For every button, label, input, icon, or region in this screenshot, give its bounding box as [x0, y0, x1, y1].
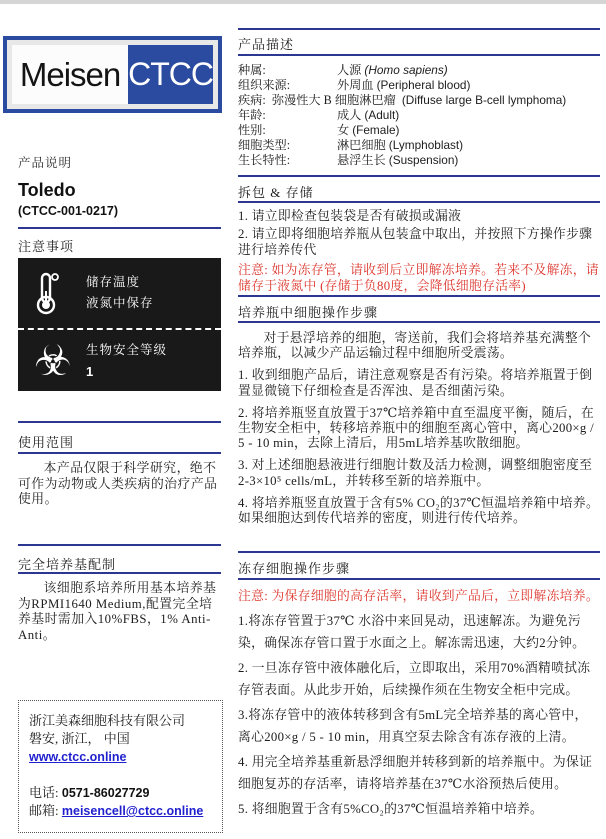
section-divider — [18, 421, 221, 423]
product-catalog-number: (CTCC-001-0217) — [18, 204, 221, 218]
frozen-steps: 注意: 为保存细胞的高存活率，请收到产品后，立即解冻培养。 1.将冻存管置于37… — [238, 585, 600, 823]
flask-title: 培养瓶中细胞操作步骤 — [238, 302, 600, 321]
row-value-zh: 成人 — [337, 108, 361, 123]
phone-row: 电话: 0571-86027729 — [29, 784, 212, 802]
row-value-zh: 女 — [337, 123, 349, 138]
row-value-en: (Homo sapiens) — [364, 63, 447, 78]
brand-logo: Meisen CTCC — [3, 36, 222, 113]
row-value-en: (Female) — [352, 123, 399, 138]
row-value-zh: 人源 — [337, 63, 361, 78]
row-value-zh: 外周血 — [337, 78, 374, 93]
flask-steps: 对于悬浮培养的细胞，寄送前，我们会将培养基充满整个培养瓶，以减少产品运输过程中细… — [238, 331, 600, 533]
storage-temp-card: 储存温度 液氮中保存 — [18, 258, 221, 328]
email-label: 邮箱: — [29, 803, 59, 818]
unpack-step: 1. 请立即检查包装袋是否有破损或漏液 — [238, 209, 600, 225]
table-row: 组织来源: 外周血 (Peripheral blood) — [238, 78, 600, 93]
email-link[interactable]: meisencell@ctcc.online — [62, 804, 203, 818]
row-label: 细胞类型: — [238, 138, 337, 153]
row-value-en: (Lymphoblast) — [389, 138, 463, 153]
row-value-en: (Suspension) — [389, 153, 459, 168]
company-name: 浙江美森细胞科技有限公司 — [29, 712, 212, 730]
usage-title: 使用范围 — [18, 432, 221, 451]
row-label: 疾病: — [238, 93, 266, 107]
email-row: 邮箱: meisencell@ctcc.online — [29, 802, 212, 820]
flask-step: 4. 将培养瓶竖直放置于含有5% CO₂的37℃恒温培养箱中培养。如果细胞达到传… — [238, 496, 600, 526]
logo-mat: Meisen CTCC — [7, 40, 218, 109]
frozen-step: 4. 用完全培养基重新悬浮细胞并转移到新的培养瓶中。为保证细胞复苏的存活率，请将… — [238, 751, 600, 795]
unpack-warning: 注意: 如为冻存管，请收到后立即解冻培养。若来不及解冻，请储存于液氮中 (存储于… — [238, 263, 600, 295]
product-section-label: 产品说明 — [18, 153, 221, 171]
frozen-title: 冻存细胞操作步骤 — [238, 558, 600, 577]
flask-intro: 对于悬浮培养的细胞，寄送前，我们会将培养基充满整个培养瓶，以减少产品运输过程中细… — [238, 331, 600, 361]
storage-temp-value: 液氮中保存 — [86, 293, 154, 314]
phone-number: 0571-86027729 — [62, 786, 150, 800]
row-value-en: (Diffuse large B-cell lymphoma) — [402, 93, 566, 107]
medium-title: 完全培养基配制 — [18, 554, 221, 573]
table-row: 种属: 人源 (Homo sapiens) — [238, 63, 600, 78]
biosafety-card: ☣ 生物安全等级 1 — [18, 328, 221, 391]
row-value-zh: 淋巴细胞 — [337, 138, 386, 153]
description-table: 种属: 人源 (Homo sapiens) 组织来源: 外周血 (Periphe… — [238, 63, 600, 168]
section-divider — [18, 452, 221, 454]
company-address: 磐安, 浙江， 中国 — [29, 730, 212, 748]
biohazard-icon: ☣ — [34, 340, 86, 382]
product-name: Toledo — [18, 180, 221, 201]
section-divider — [238, 175, 600, 177]
section-divider — [18, 544, 221, 546]
medium-body: 该细胞系培养所用基本培养基为RPMI1640 Medium,配置完全培养基时需加… — [18, 581, 221, 643]
row-label: 性别: — [238, 123, 337, 138]
table-row: 年龄: 成人 (Adult) — [238, 108, 600, 123]
phone-label: 电话: — [29, 785, 59, 800]
table-row: 细胞类型: 淋巴细胞 (Lymphoblast) — [238, 138, 600, 153]
section-divider — [238, 578, 600, 580]
section-divider — [238, 201, 600, 203]
logo-ctcc-text: CTCC — [128, 45, 213, 104]
frozen-step: 2. 一旦冻存管中液体融化后，立即取出，采用70%酒精喷拭冻存管表面。从此步开始… — [238, 657, 600, 701]
logo-meisen-text: Meisen — [12, 45, 128, 104]
row-label: 生长特性: — [238, 153, 337, 168]
unpack-title: 拆包 & 存储 — [238, 182, 600, 201]
product-header: 产品说明 Toledo (CTCC-001-0217) — [18, 153, 221, 218]
unpack-step: 2. 请立即将细胞培养瓶从包装盒中取出，并按照下方操作步骤进行培养传代 — [238, 227, 600, 259]
frozen-step: 3.将冻存管中的液体转移到含有5mL完全培养基的离心管中， 离心200×g / … — [238, 704, 600, 748]
top-edge-bar — [0, 0, 606, 4]
section-divider — [238, 551, 600, 553]
table-row: 性别: 女 (Female) — [238, 123, 600, 138]
row-label: 种属: — [238, 63, 337, 78]
row-value-en: (Peripheral blood) — [377, 78, 471, 93]
frozen-warning: 注意: 为保存细胞的高存活率，请收到产品后，立即解冻培养。 — [238, 585, 600, 607]
flask-step: 2. 将培养瓶竖直放置于37℃培养箱中直至温度平衡，随后，在生物安全柜中，转移培… — [238, 406, 600, 452]
unpack-steps: 1. 请立即检查包装袋是否有破损或漏液 2. 请立即将细胞培养瓶从包装盒中取出，… — [238, 209, 600, 297]
row-value-en: (Adult) — [364, 108, 399, 123]
biosafety-value: 1 — [86, 361, 167, 382]
biosafety-label: 生物安全等级 — [86, 340, 167, 361]
storage-temp-text: 储存温度 液氮中保存 — [86, 272, 154, 314]
description-title: 产品描述 — [238, 34, 600, 53]
precautions-title: 注意事项 — [18, 236, 221, 255]
row-label: 组织来源: — [238, 78, 337, 93]
table-row: 疾病: 弥漫性大 B 细胞淋巴瘤 (Diffuse large B-cell l… — [238, 93, 600, 108]
table-row: 生长特性: 悬浮生长 (Suspension) — [238, 153, 600, 168]
frozen-step: 1.将冻存管置于37℃ 水浴中来回晃动，迅速解冻。为避免污染，确保冻存管口置于水… — [238, 610, 600, 654]
precaution-cards: 储存温度 液氮中保存 ☣ 生物安全等级 1 — [18, 258, 221, 391]
flask-step: 3. 对上述细胞悬液进行细胞计数及活力检测，调整细胞密度至2-3×10⁵ cel… — [238, 458, 600, 488]
usage-body: 本产品仅限于科学研究，绝不可作为动物或人类疾病的治疗产品使用。 — [18, 461, 221, 508]
section-divider — [238, 295, 600, 297]
contact-card: 浙江美森细胞科技有限公司 磐安, 浙江， 中国 www.ctcc.online … — [18, 700, 223, 833]
row-value-zh: 悬浮生长 — [337, 153, 386, 168]
row-value-zh: 弥漫性大 B 细胞淋巴瘤 — [272, 93, 396, 107]
website-link[interactable]: www.ctcc.online — [29, 750, 126, 764]
row-label: 年龄: — [238, 108, 337, 123]
section-divider — [18, 572, 221, 574]
section-divider — [238, 54, 600, 56]
thermometer-icon — [34, 271, 86, 315]
section-divider — [18, 227, 221, 229]
datasheet-page: Meisen CTCC 产品说明 Toledo (CTCC-001-0217) … — [0, 0, 606, 839]
frozen-step: 5. 将细胞置于含有5%CO₂的37℃恒温培养箱中培养。 — [238, 798, 600, 820]
section-divider — [238, 321, 600, 323]
storage-temp-label: 储存温度 — [86, 272, 154, 293]
biosafety-text: 生物安全等级 1 — [86, 340, 167, 382]
section-divider — [238, 28, 600, 30]
flask-step: 1. 收到细胞产品后，请注意观察是否有污染。将培养瓶置于倒置显微镜下仔细检查是否… — [238, 368, 600, 398]
